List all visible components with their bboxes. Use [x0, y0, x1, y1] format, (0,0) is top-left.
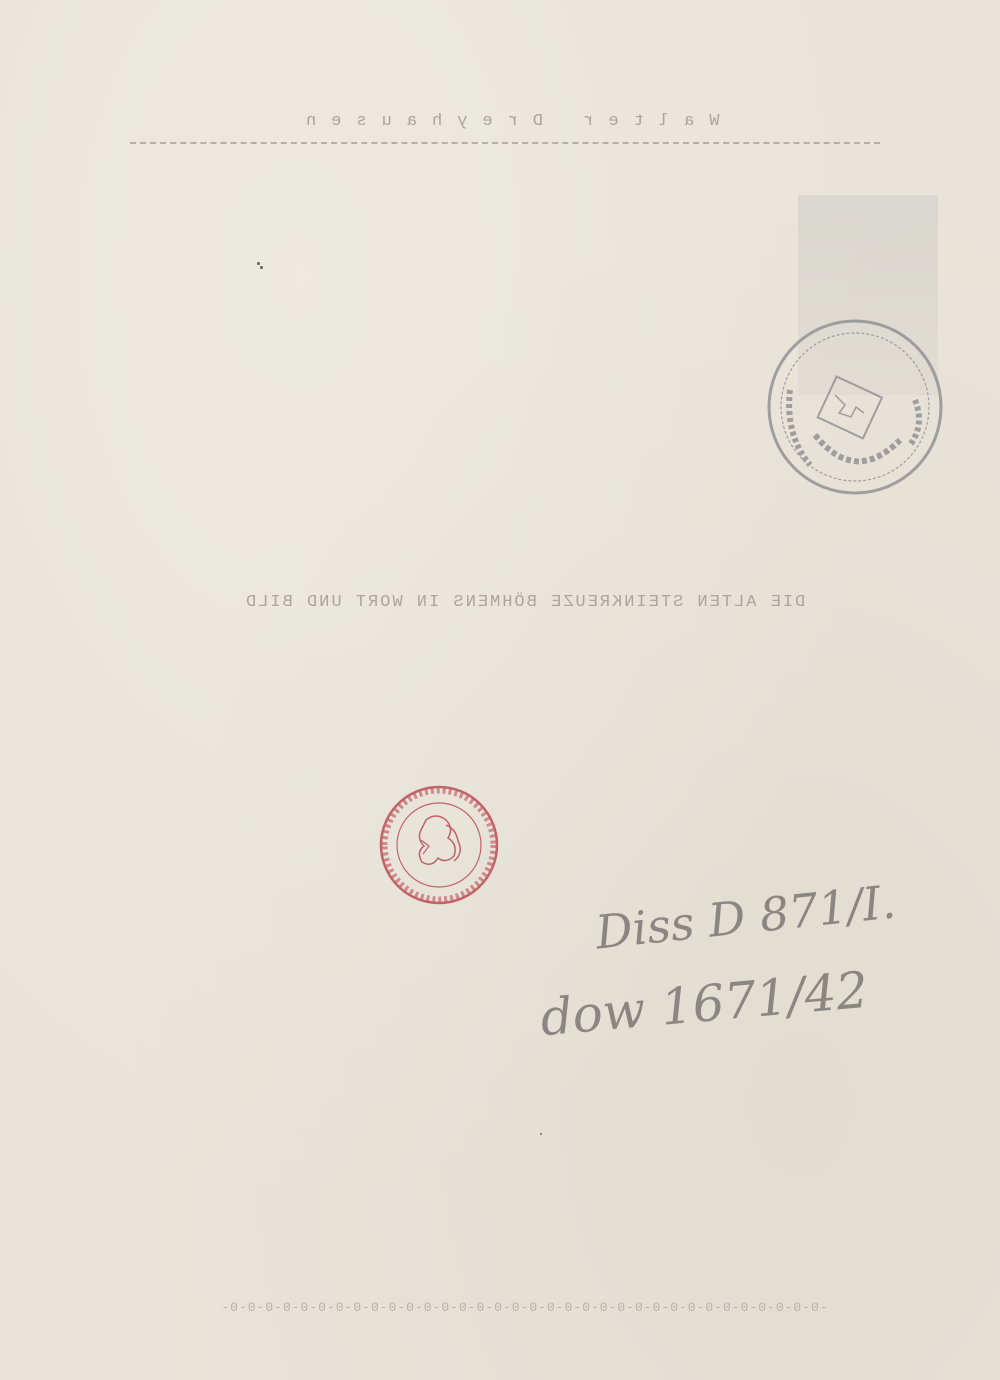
document-title: DIE ALTEN STEINKREUZE BÖHMENS IN WORT UN…	[244, 593, 805, 612]
gray-library-stamp-icon	[760, 315, 950, 500]
red-library-stamp-icon	[376, 785, 502, 905]
footer-ornamental-rule: -0-0-0-0-0-0-0-0-0-0-0-0-0-0-0-0-0-0-0-0…	[125, 1300, 925, 1315]
title-line: DIE ALTEN STEINKREUZE BÖHMENS IN WORT UN…	[200, 593, 850, 612]
author-underline	[130, 142, 880, 144]
handwritten-shelfmark: Diss D 871/I.	[593, 874, 898, 959]
document-page: Walter Dreyhausen DIE ALTEN STEINKREUZE …	[0, 0, 1000, 1380]
ink-speck	[257, 262, 260, 265]
author-name: Walter Dreyhausen	[291, 112, 719, 131]
ink-speck	[540, 1133, 542, 1135]
author-line: Walter Dreyhausen	[130, 112, 880, 131]
handwritten-accession-number: dow 1671/42	[538, 961, 870, 1047]
ink-speck	[260, 266, 263, 269]
